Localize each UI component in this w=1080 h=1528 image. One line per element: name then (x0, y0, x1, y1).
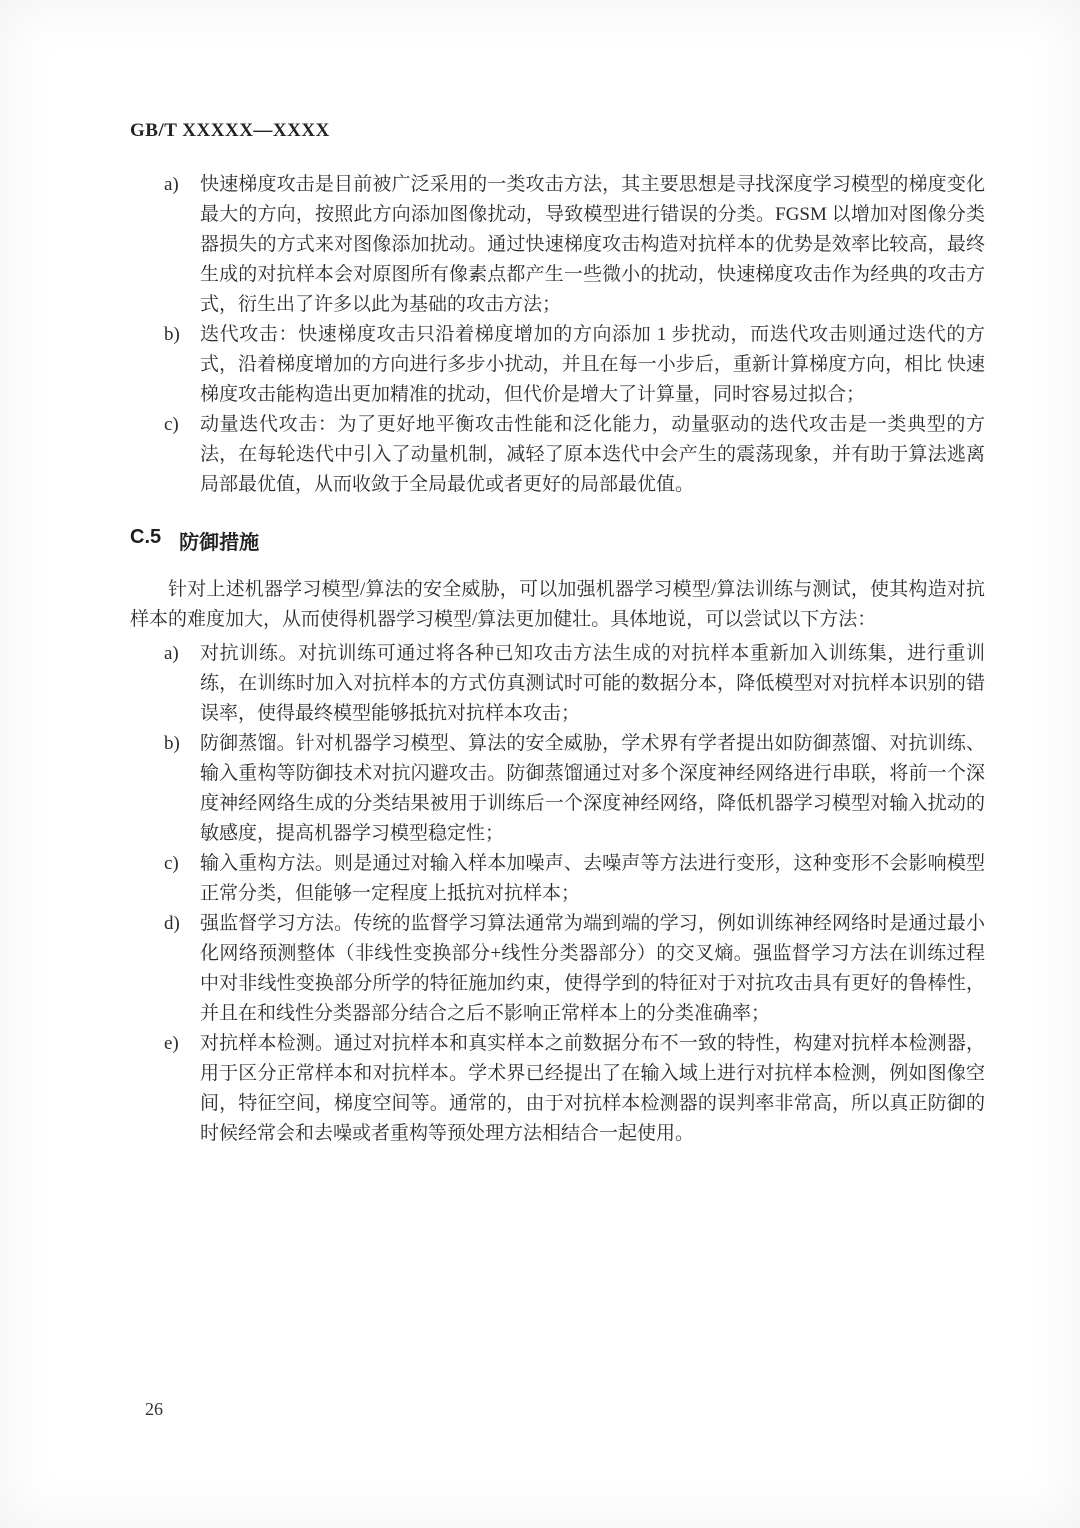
list-item: c) 动量迭代攻击：为了更好地平衡攻击性能和泛化能力，动量驱动的迭代攻击是一类典… (130, 410, 985, 500)
document-page: GB/T XXXXX—XXXX a) 快速梯度攻击是目前被广泛采用的一类攻击方法… (0, 0, 1080, 1528)
defense-methods-list: a) 对抗训练。对抗训练可通过将各种已知攻击方法生成的对抗样本重新加入训练集，进… (130, 639, 985, 1149)
list-item-text: 对抗训练。对抗训练可通过将各种已知攻击方法生成的对抗样本重新加入训练集，进行重训… (200, 639, 985, 729)
section-heading: C.5 防御措施 (130, 526, 985, 555)
document-code: GB/T XXXXX—XXXX (130, 120, 985, 142)
list-item-label: e) (164, 1029, 200, 1059)
list-item-text: 防御蒸馏。针对机器学习模型、算法的安全威胁，学术界有学者提出如防御蒸馏、对抗训练… (200, 729, 985, 849)
page-number: 26 (145, 1399, 163, 1420)
section-title: 防御措施 (179, 526, 259, 555)
list-item-label: a) (164, 170, 200, 200)
list-item-text: 动量迭代攻击：为了更好地平衡攻击性能和泛化能力，动量驱动的迭代攻击是一类典型的方… (200, 410, 985, 500)
list-item: a) 对抗训练。对抗训练可通过将各种已知攻击方法生成的对抗样本重新加入训练集，进… (130, 639, 985, 729)
list-item: c) 输入重构方法。则是通过对输入样本加噪声、去噪声等方法进行变形，这种变形不会… (130, 849, 985, 909)
list-item: a) 快速梯度攻击是目前被广泛采用的一类攻击方法，其主要思想是寻找深度学习模型的… (130, 170, 985, 320)
list-item-label: d) (164, 909, 200, 939)
list-item-label: b) (164, 320, 200, 350)
list-item-text: 输入重构方法。则是通过对输入样本加噪声、去噪声等方法进行变形，这种变形不会影响模… (200, 849, 985, 909)
list-item: d) 强监督学习方法。传统的监督学习算法通常为端到端的学习，例如训练神经网络时是… (130, 909, 985, 1029)
list-item-text: 对抗样本检测。通过对抗样本和真实样本之前数据分布不一致的特性，构建对抗样本检测器… (200, 1029, 985, 1149)
list-item-label: c) (164, 849, 200, 879)
list-item: e) 对抗样本检测。通过对抗样本和真实样本之前数据分布不一致的特性，构建对抗样本… (130, 1029, 985, 1149)
list-item-text: 迭代攻击：快速梯度攻击只沿着梯度增加的方向添加 1 步扰动，而迭代攻击则通过迭代… (200, 320, 985, 410)
section-intro: 针对上述机器学习模型/算法的安全威胁，可以加强机器学习模型/算法训练与测试，使其… (130, 575, 985, 635)
section-number: C.5 (130, 526, 161, 555)
list-item-label: b) (164, 729, 200, 759)
list-item: b) 防御蒸馏。针对机器学习模型、算法的安全威胁，学术界有学者提出如防御蒸馏、对… (130, 729, 985, 849)
list-item-label: a) (164, 639, 200, 669)
list-item-label: c) (164, 410, 200, 440)
list-item-text: 快速梯度攻击是目前被广泛采用的一类攻击方法，其主要思想是寻找深度学习模型的梯度变… (200, 170, 985, 320)
list-item-text: 强监督学习方法。传统的监督学习算法通常为端到端的学习，例如训练神经网络时是通过最… (200, 909, 985, 1029)
list-item: b) 迭代攻击：快速梯度攻击只沿着梯度增加的方向添加 1 步扰动，而迭代攻击则通… (130, 320, 985, 410)
page-content: GB/T XXXXX—XXXX a) 快速梯度攻击是目前被广泛采用的一类攻击方法… (130, 120, 985, 1149)
attack-methods-list: a) 快速梯度攻击是目前被广泛采用的一类攻击方法，其主要思想是寻找深度学习模型的… (130, 170, 985, 500)
